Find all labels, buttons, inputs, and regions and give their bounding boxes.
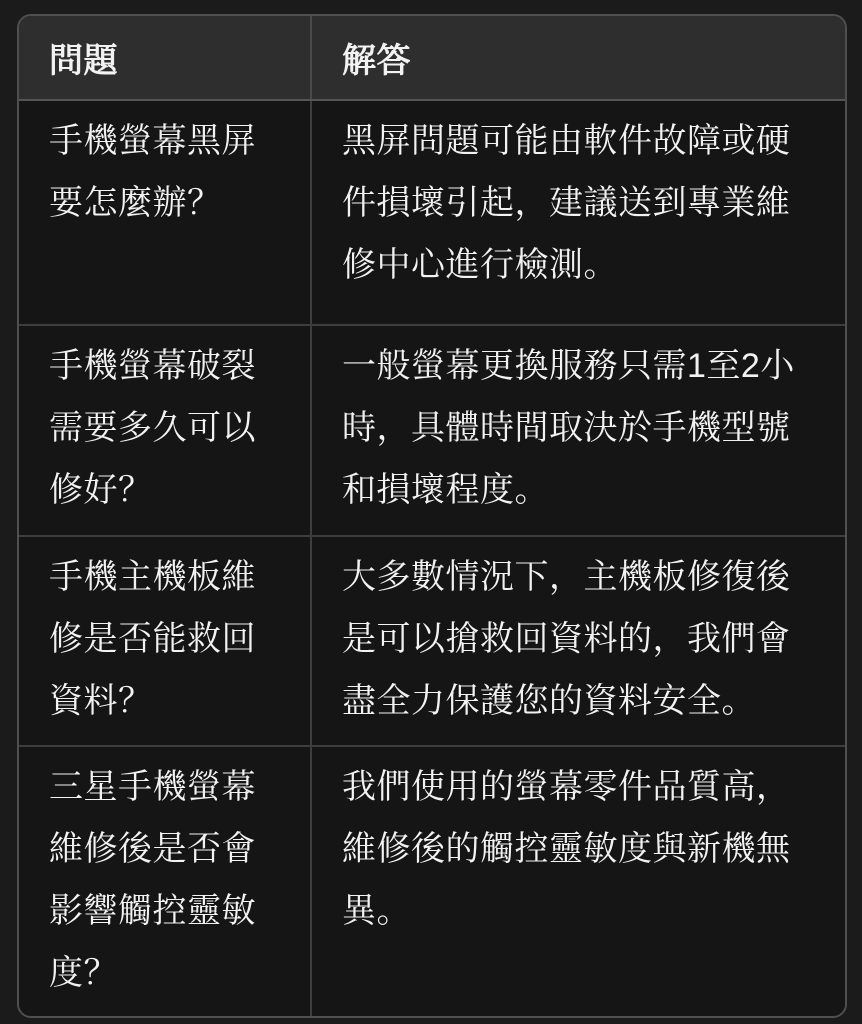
column-header-question: 問題: [19, 16, 311, 100]
question-answer-table: 問題 解答 手機螢幕黑屏要怎麼辦？ 黑屏問題可能由軟件故障或硬件損壞引起，建議送…: [19, 16, 845, 1016]
answer-cell: 黑屏問題可能由軟件故障或硬件損壞引起，建議送到專業維修中心進行檢測。: [311, 100, 845, 325]
answer-cell: 大多數情況下，主機板修復後是可以搶救回資料的，我們會盡全力保護您的資料安全。: [311, 536, 845, 746]
table-row: 手機主機板維修是否能救回資料？ 大多數情況下，主機板修復後是可以搶救回資料的，我…: [19, 536, 845, 746]
answer-cell: 我們使用的螢幕零件品質高，維修後的觸控靈敏度與新機無異。: [311, 746, 845, 1016]
table-row: 三星手機螢幕維修後是否會影響觸控靈敏度？ 我們使用的螢幕零件品質高，維修後的觸控…: [19, 746, 845, 1016]
question-cell: 三星手機螢幕維修後是否會影響觸控靈敏度？: [19, 746, 311, 1016]
column-header-answer: 解答: [311, 16, 845, 100]
question-cell: 手機螢幕黑屏要怎麼辦？: [19, 100, 311, 325]
header-row: 問題 解答: [19, 16, 845, 100]
question-cell: 手機螢幕破裂需要多久可以修好？: [19, 325, 311, 536]
table-row: 手機螢幕破裂需要多久可以修好？ 一般螢幕更換服務只需1至2小時，具體時間取決於手…: [19, 325, 845, 536]
table-row: 手機螢幕黑屏要怎麼辦？ 黑屏問題可能由軟件故障或硬件損壞引起，建議送到專業維修中…: [19, 100, 845, 325]
answer-cell: 一般螢幕更換服務只需1至2小時，具體時間取決於手機型號和損壞程度。: [311, 325, 845, 536]
faq-table: 問題 解答 手機螢幕黑屏要怎麼辦？ 黑屏問題可能由軟件故障或硬件損壞引起，建議送…: [17, 14, 847, 1018]
question-cell: 手機主機板維修是否能救回資料？: [19, 536, 311, 746]
